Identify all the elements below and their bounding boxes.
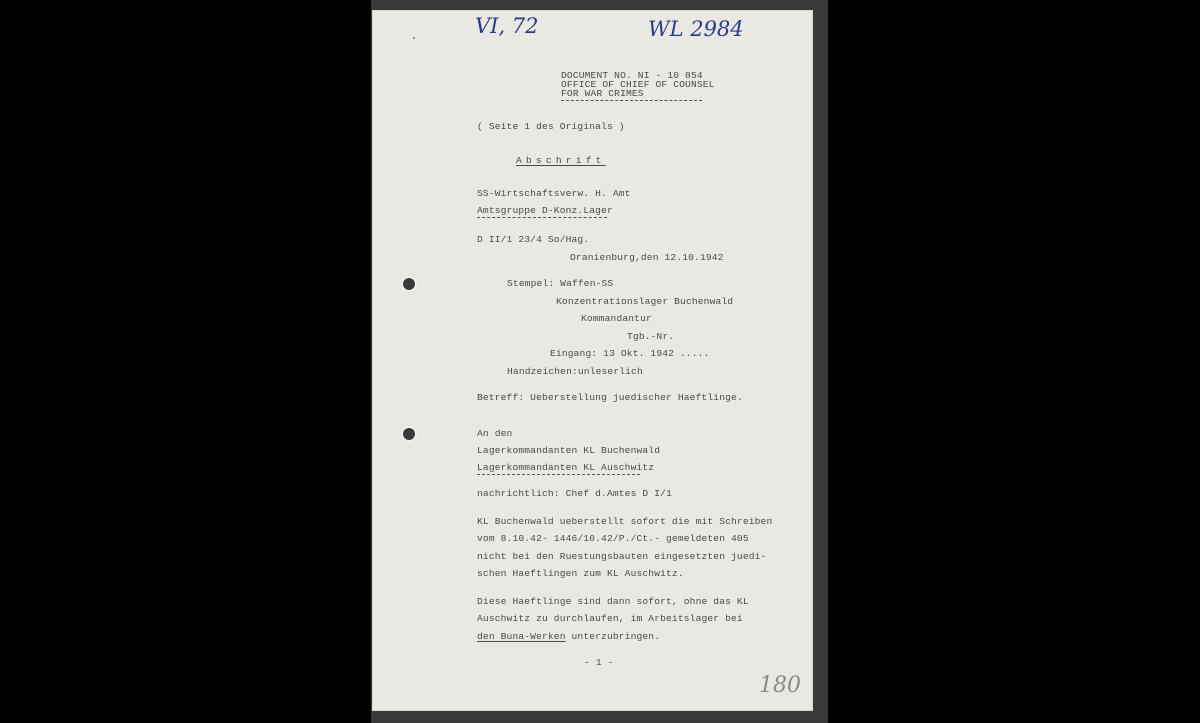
underlined-phrase: den Buna-Werken <box>477 631 566 642</box>
file-reference: D II/1 23/4 So/Hag. <box>477 234 589 245</box>
divider <box>477 217 607 218</box>
divider <box>561 100 702 101</box>
body-line-rest: unterzubringen. <box>566 631 661 642</box>
punch-hole <box>403 278 415 290</box>
speck <box>413 37 415 39</box>
stamp-camp: Konzentrationslager Buchenwald <box>556 296 733 307</box>
recipient-buchenwald: Lagerkommandanten KL Buchenwald <box>477 445 660 456</box>
original-page-note: ( Seite 1 des Originals ) <box>477 121 625 132</box>
sender-office: SS-Wirtschaftsverw. H. Amt <box>477 188 631 199</box>
page-number: - 1 - <box>584 657 614 668</box>
divider <box>477 474 640 475</box>
handwritten-folio-number: 180 <box>759 673 801 698</box>
body-line-final: den Buna-Werken unterzubringen. <box>477 631 660 642</box>
subject-line: Betreff: Ueberstellung juedischer Haeftl… <box>477 392 743 403</box>
office-line-2: FOR WAR CRIMES <box>561 88 644 99</box>
stamp-command: Kommandantur <box>581 313 652 324</box>
body-line: vom 8.10.42- 1446/10.42/P./Ct.- gemeldet… <box>477 533 749 544</box>
body-line: Auschwitz zu durchlaufen, im Arbeitslage… <box>477 613 743 624</box>
handwritten-archive-number: WL 2984 <box>648 17 744 41</box>
recipient-auschwitz: Lagerkommandanten KL Auschwitz <box>477 462 654 473</box>
place-and-date: Oranienburg,den 12.10.1942 <box>570 252 724 263</box>
body-line: schen Haeftlingen zum KL Auschwitz. <box>477 568 684 579</box>
stamp-label: Stempel: Waffen-SS <box>507 278 613 289</box>
cc-line: nachrichtlich: Chef d.Amtes D I/1 <box>477 488 672 499</box>
stamp-journal-number: Tgb.-Nr. <box>627 331 674 342</box>
punch-hole <box>403 428 415 440</box>
handwritten-folio-mark: VI, 72 <box>475 14 539 38</box>
stamp-received-date: Eingang: 13 Okt. 1942 ..... <box>550 348 710 359</box>
body-line: nicht bei den Ruestungsbauten eingesetzt… <box>477 551 766 562</box>
body-line: Diese Haeftlinge sind dann sofort, ohne … <box>477 596 749 607</box>
stamp-initials: Handzeichen:unleserlich <box>507 366 643 377</box>
recipient-intro: An den <box>477 428 512 439</box>
body-line: KL Buchenwald ueberstellt sofort die mit… <box>477 516 772 527</box>
document-page: VI, 72 WL 2984 DOCUMENT NO. NI - 10 854 … <box>373 11 812 710</box>
sender-group: Amtsgruppe D-Konz.Lager <box>477 205 613 216</box>
document-title: Abschrift <box>516 155 606 166</box>
